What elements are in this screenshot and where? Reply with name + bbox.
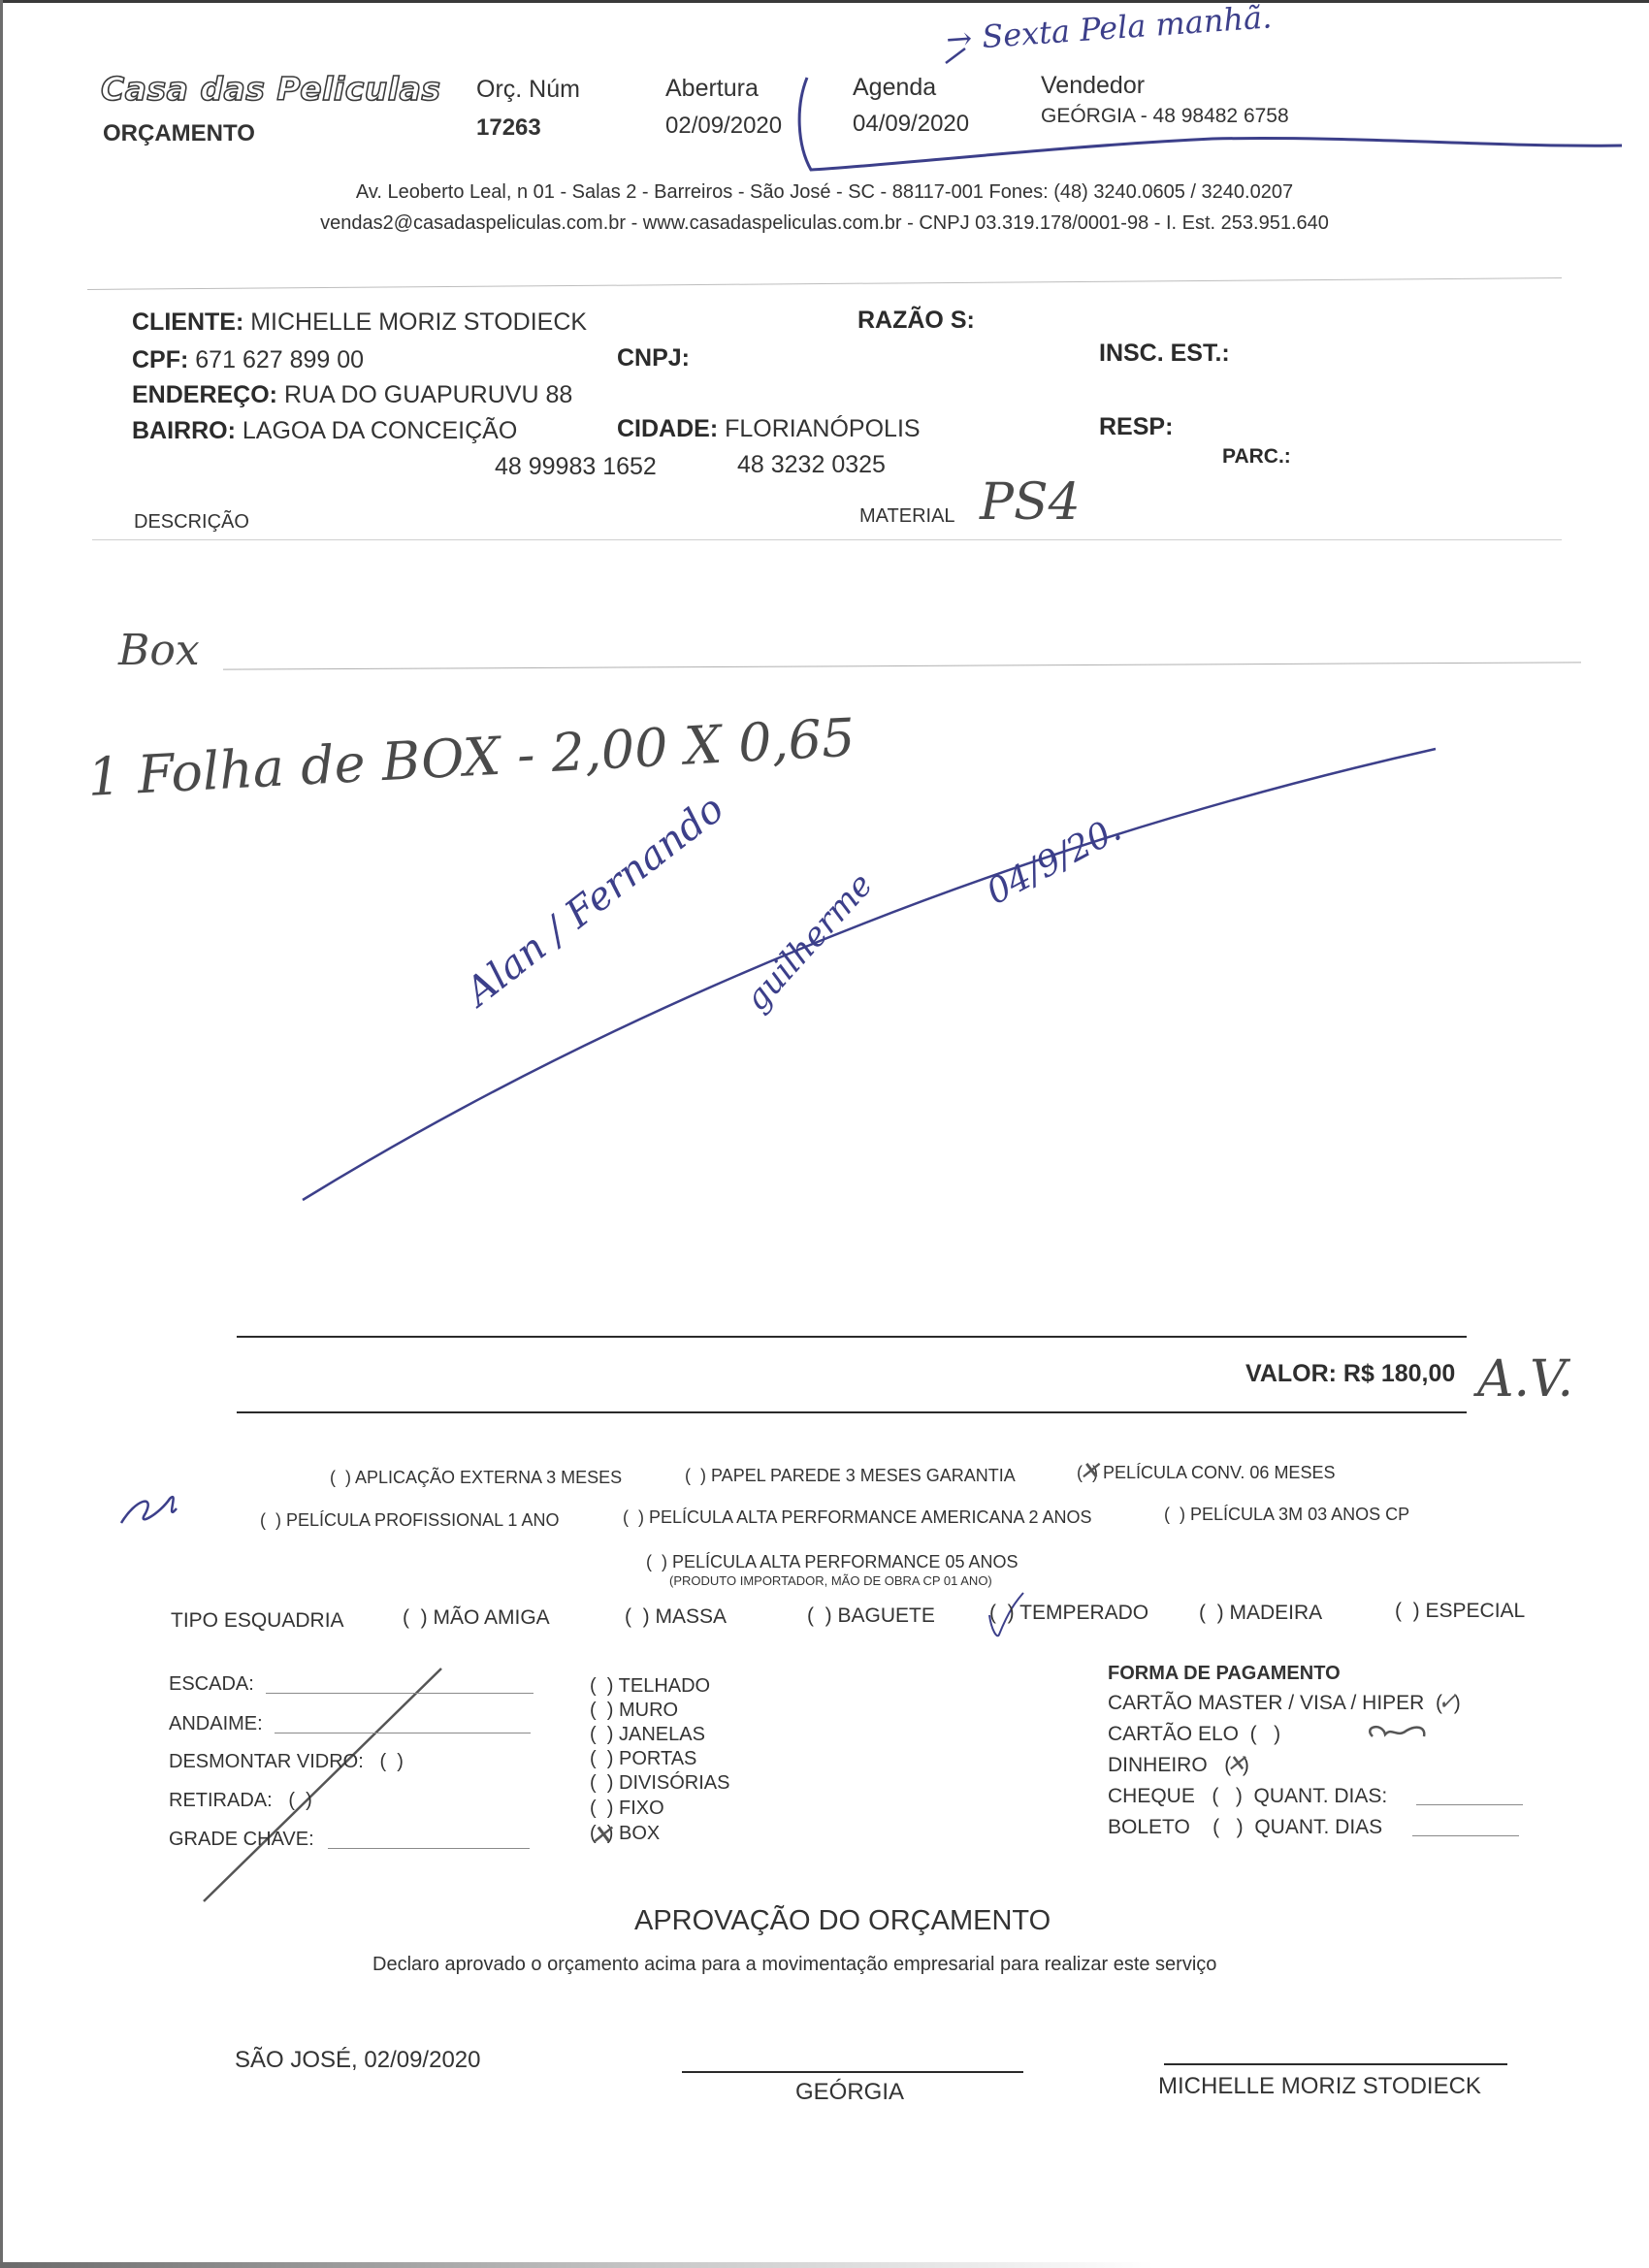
agenda-value: 04/09/2020 [853, 111, 969, 138]
checkbox[interactable]: ( ) [590, 1700, 613, 1721]
handwritten-schedule-note: → Sexta Pela manhã. [945, 0, 1273, 58]
material-handwritten: PS4 [980, 473, 1081, 532]
payment-option-checked[interactable]: DINHEIRO ( )✕ [1108, 1754, 1249, 1777]
checkbox[interactable]: ( ) [403, 1606, 428, 1629]
checkbox-checked[interactable]: ( )✓ [1436, 1692, 1461, 1714]
agenda-label: Agenda [853, 74, 936, 102]
warranty-option[interactable]: ( ) APLICAÇÃO EXTERNA 3 MESES [330, 1468, 622, 1488]
description-label: DESCRIÇÃO [134, 511, 249, 534]
item-title-handwritten: Box [118, 626, 200, 675]
checkbox[interactable]: ( ) [646, 1552, 667, 1571]
scan-left-edge [0, 0, 3, 2268]
service-type-option[interactable]: ( ) FIXO [590, 1798, 664, 1820]
abertura-label: Abertura [665, 75, 759, 103]
client-name-field: CLIENTE: MICHELLE MORIZ STODIECK [132, 308, 587, 337]
service-type-option[interactable]: ( ) MURO [590, 1700, 678, 1722]
place-date: SÃO JOSÉ, 02/09/2020 [235, 2047, 481, 2074]
company-address: Av. Leoberto Leal, n 01 - Salas 2 - Barr… [0, 181, 1649, 204]
checkbox[interactable]: ( ) [260, 1510, 281, 1530]
insc-est-field: INSC. EST.: [1099, 340, 1230, 368]
description-line [223, 662, 1581, 669]
client-signature-line [1164, 2063, 1507, 2065]
description-divider [92, 539, 1562, 540]
company-contact: vendas2@casadaspeliculas.com.br - www.ca… [0, 212, 1649, 235]
checkbox-checked[interactable]: ( ) [989, 1602, 1015, 1624]
checkbox[interactable]: ( ) [590, 1675, 613, 1697]
vendedor-label: Vendedor [1041, 72, 1145, 100]
resp-field: RESP: [1099, 413, 1173, 441]
andaime-field[interactable]: ANDAIME: [169, 1713, 263, 1735]
checkbox[interactable]: ( ) [590, 1724, 613, 1745]
cidade-field: CIDADE: FLORIANÓPOLIS [617, 415, 921, 443]
warranty-option[interactable]: ( ) PELÍCULA 3M 03 ANOS CP [1164, 1505, 1409, 1525]
andaime-line [275, 1733, 531, 1733]
cpf-field: CPF: 671 627 899 00 [132, 346, 364, 374]
client-signature-name: MICHELLE MORIZ STODIECK [1158, 2073, 1481, 2100]
esquadria-option[interactable]: ( ) MÃO AMIGA [403, 1606, 550, 1630]
checkbox[interactable]: ( ) [1395, 1600, 1420, 1622]
checkbox[interactable]: ( ) [330, 1468, 351, 1487]
checkbox[interactable]: ( ) [1164, 1505, 1185, 1524]
checkbox-checked[interactable]: ( )✕ [1224, 1754, 1249, 1776]
checkbox-checked[interactable]: ( )✕ [590, 1823, 613, 1844]
pencil-strike-line [204, 1669, 441, 1901]
checkbox-checked[interactable]: ( )✕ [1077, 1463, 1098, 1482]
checkbox[interactable]: ( ) [625, 1605, 650, 1628]
escada-line [266, 1693, 533, 1694]
esquadria-option[interactable]: ( ) BAGUETE [807, 1604, 935, 1628]
seller-signature-name: GEÓRGIA [795, 2079, 904, 2106]
checkbox[interactable]: ( ) [1212, 1816, 1244, 1838]
seller-signature-line [682, 2071, 1023, 2073]
checkbox[interactable]: ( ) [807, 1604, 832, 1627]
approval-title: APROVAÇÃO DO ORÇAMENTO [634, 1905, 1051, 1937]
checkbox[interactable]: ( ) [590, 1772, 613, 1794]
esquadria-label: TIPO ESQUADRIA [171, 1609, 344, 1633]
desmontar-vidro-field[interactable]: DESMONTAR VIDRO: ( ) [169, 1751, 404, 1773]
warranty-option[interactable]: ( ) PELÍCULA ALTA PERFORMANCE AMERICANA … [623, 1507, 1092, 1528]
boleto-days-line [1412, 1835, 1519, 1836]
checkbox[interactable]: ( ) [685, 1466, 706, 1485]
total-value: VALOR: R$ 180,00 [1245, 1360, 1455, 1388]
client-phone-2: 48 3232 0325 [737, 451, 886, 479]
esquadria-option[interactable]: ( ) MASSA [625, 1605, 727, 1629]
checkbox[interactable]: ( ) [1199, 1602, 1224, 1624]
orc-num-label: Orç. Núm [476, 76, 580, 104]
warranty-option[interactable]: ( ) PELÍCULA ALTA PERFORMANCE 05 ANOS [646, 1552, 1018, 1572]
material-label: MATERIAL [859, 505, 955, 528]
orc-num-value: 17263 [476, 114, 541, 142]
payment-option-checked[interactable]: CARTÃO MASTER / VISA / HIPER ( )✓ [1108, 1692, 1461, 1715]
service-type-option[interactable]: ( ) TELHADO [590, 1675, 710, 1698]
service-type-option[interactable]: ( ) DIVISÓRIAS [590, 1772, 729, 1795]
document-type: ORÇAMENTO [103, 120, 255, 147]
warranty-option[interactable]: ( ) PAPEL PAREDE 3 MESES GARANTIA [685, 1466, 1016, 1486]
warranty-option-note: (PRODUTO IMPORTADOR, MÃO DE OBRA CP 01 A… [669, 1573, 992, 1588]
grade-chave-line [328, 1848, 530, 1849]
checkbox[interactable]: ( ) [379, 1751, 403, 1772]
scan-top-edge [0, 0, 1649, 3]
address-field: ENDEREÇO: RUA DO GUAPURUVU 88 [132, 381, 572, 409]
client-phone-1: 48 99983 1652 [495, 453, 657, 481]
cheque-days-line [1416, 1804, 1523, 1805]
esquadria-option-checked[interactable]: ( ) TEMPERADO [989, 1602, 1148, 1625]
esquadria-option[interactable]: ( ) ESPECIAL [1395, 1600, 1525, 1623]
checkbox[interactable]: ( ) [623, 1507, 644, 1527]
checkbox[interactable]: ( ) [590, 1798, 613, 1819]
warranty-option[interactable]: ( ) PELÍCULA PROFISSIONAL 1 ANO [260, 1510, 559, 1531]
approval-statement: Declaro aprovado o orçamento acima para … [372, 1954, 1216, 1976]
header-divider [87, 277, 1562, 290]
checkbox[interactable]: ( ) [1212, 1785, 1243, 1807]
bairro-field: BAIRRO: LAGOA DA CONCEIÇÃO [132, 417, 517, 445]
parc-field: PARC.: [1222, 445, 1291, 469]
retirada-field[interactable]: RETIRADA: ( ) [169, 1790, 312, 1812]
checkbox[interactable]: ( ) [1250, 1723, 1281, 1745]
razao-social-field: RAZÃO S: [857, 307, 975, 335]
grade-chave-field[interactable]: GRADE CHAVE: [169, 1829, 314, 1851]
total-bottom-rule [237, 1411, 1467, 1413]
service-type-option-checked[interactable]: ( )✕ BOX [590, 1823, 660, 1845]
payment-option[interactable]: BOLETO ( ) QUANT. DIAS [1108, 1816, 1382, 1839]
installer-signature-date: 04/9/20. [981, 809, 1128, 913]
total-top-rule [237, 1336, 1467, 1338]
handwritten-initials [121, 1497, 177, 1523]
service-type-option[interactable]: ( ) PORTAS [590, 1748, 696, 1770]
escada-field[interactable]: ESCADA: [169, 1673, 254, 1696]
scan-bottom-edge [0, 2262, 1649, 2268]
payment-title: FORMA DE PAGAMENTO [1108, 1663, 1341, 1685]
payment-option[interactable]: CARTÃO ELO ( ) [1108, 1723, 1280, 1746]
abertura-value: 02/09/2020 [665, 113, 782, 140]
item-line-handwritten: 1 Folha de BOX - 2,00 X 0,65 [86, 707, 857, 808]
service-type-option[interactable]: ( ) JANELAS [590, 1724, 705, 1746]
cnpj-field: CNPJ: [617, 344, 690, 373]
checkbox[interactable]: ( ) [288, 1790, 311, 1811]
installer-signature-2: guilherme [737, 865, 881, 1019]
installer-signature: Alan / Fernando [458, 787, 732, 1015]
vendedor-value: GEÓRGIA - 48 98482 6758 [1041, 105, 1289, 128]
payment-option[interactable]: CHEQUE ( ) QUANT. DIAS: [1108, 1785, 1387, 1808]
esquadria-option[interactable]: ( ) MADEIRA [1199, 1602, 1322, 1625]
total-handwritten-note: A.V. [1477, 1350, 1573, 1409]
company-logo: Casa das Peliculas [101, 70, 441, 108]
checkbox[interactable]: ( ) [590, 1748, 613, 1769]
warranty-option-checked[interactable]: ( )✕ PELÍCULA CONV. 06 MESES [1077, 1463, 1335, 1483]
